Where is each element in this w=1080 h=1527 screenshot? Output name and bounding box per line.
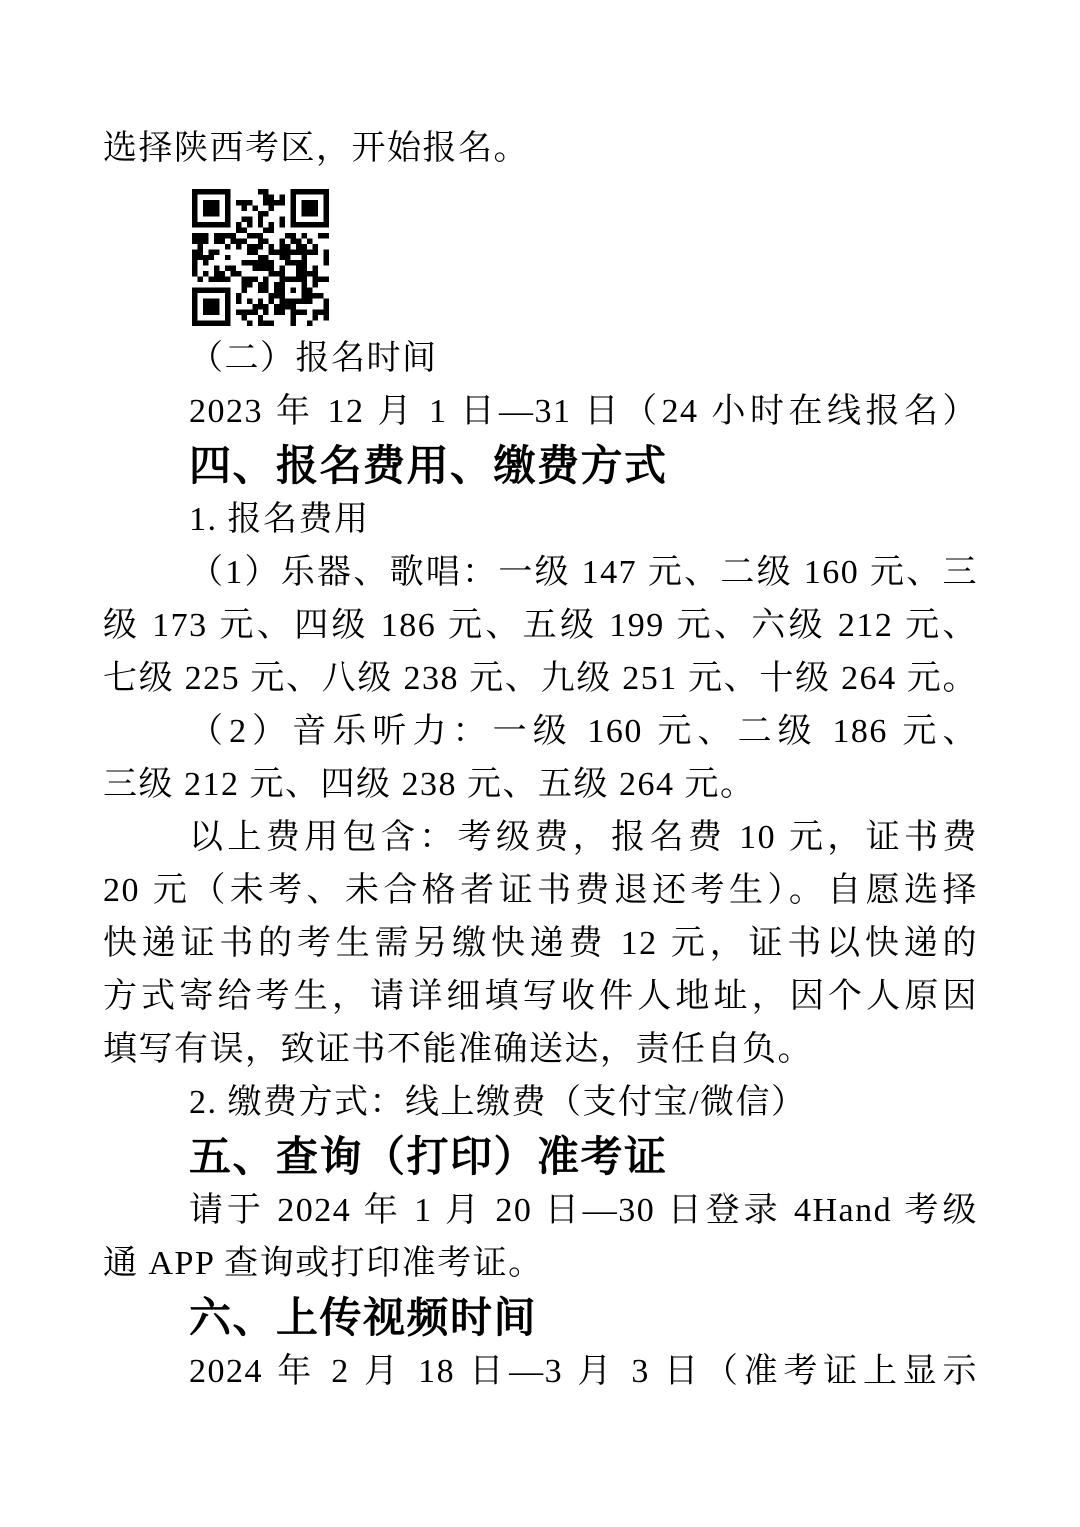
section-heading: 五、查询（打印）准考证 [103, 1129, 978, 1184]
qr-code-image [188, 189, 333, 326]
text-line: 2023 年 12 月 1 日—31 日（24 小时在线报名） [103, 385, 978, 438]
text-line: 选择陕西考区，开始报名。 [103, 122, 978, 175]
text-line: （2）音乐听力：一级 160 元、二级 186 元、 [103, 705, 978, 758]
text-line: 快递证书的考生需另缴快递费 12 元，证书以快递的 [103, 917, 978, 970]
text-line: 七级 225 元、八级 238 元、九级 251 元、十级 264 元。 [103, 652, 978, 705]
text-line: 2024 年 2 月 18 日—3 月 3 日（准考证上显示 [103, 1345, 978, 1398]
text-line: 级 173 元、四级 186 元、五级 199 元、六级 212 元、 [103, 599, 978, 652]
text-line: 三级 212 元、四级 238 元、五级 264 元。 [103, 758, 978, 811]
document-page: 选择陕西考区，开始报名。（二）报名时间2023 年 12 月 1 日—31 日（… [0, 0, 1080, 1527]
text-line: 以上费用包含：考级费，报名费 10 元，证书费 [103, 811, 978, 864]
text-line: 20 元（未考、未合格者证书费退还考生）。自愿选择 [103, 864, 978, 917]
text-line: 通 APP 查询或打印准考证。 [103, 1237, 978, 1290]
text-line: 请于 2024 年 1 月 20 日—30 日登录 4Hand 考级 [103, 1184, 978, 1237]
section-heading: 四、报名费用、缴费方式 [103, 438, 978, 493]
text-line: （二）报名时间 [103, 332, 978, 385]
text-line: （1）乐器、歌唱：一级 147 元、二级 160 元、三 [103, 546, 978, 599]
section-heading: 六、上传视频时间 [103, 1290, 978, 1345]
document-content: 选择陕西考区，开始报名。（二）报名时间2023 年 12 月 1 日—31 日（… [0, 0, 1080, 1398]
text-line: 方式寄给考生，请详细填写收件人地址，因个人原因 [103, 970, 978, 1023]
text-line: 1. 报名费用 [103, 493, 978, 546]
text-line: 填写有误，致证书不能准确送达，责任自负。 [103, 1023, 978, 1076]
text-line: 2. 缴费方式：线上缴费（支付宝/微信） [103, 1076, 978, 1129]
